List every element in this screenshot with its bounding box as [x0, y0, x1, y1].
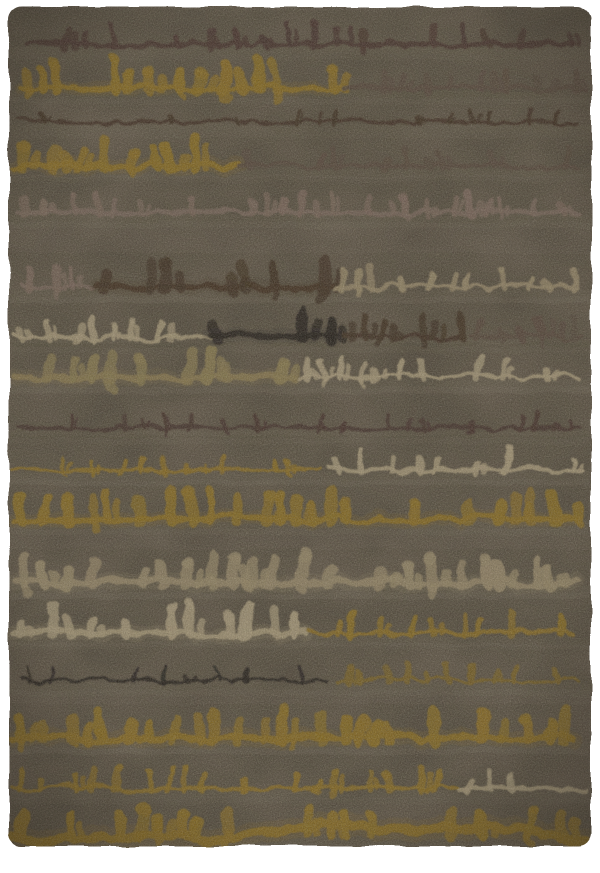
rug-image: [0, 0, 600, 873]
rug-product-photo: [0, 0, 600, 873]
rug-pile: [9, 7, 591, 849]
